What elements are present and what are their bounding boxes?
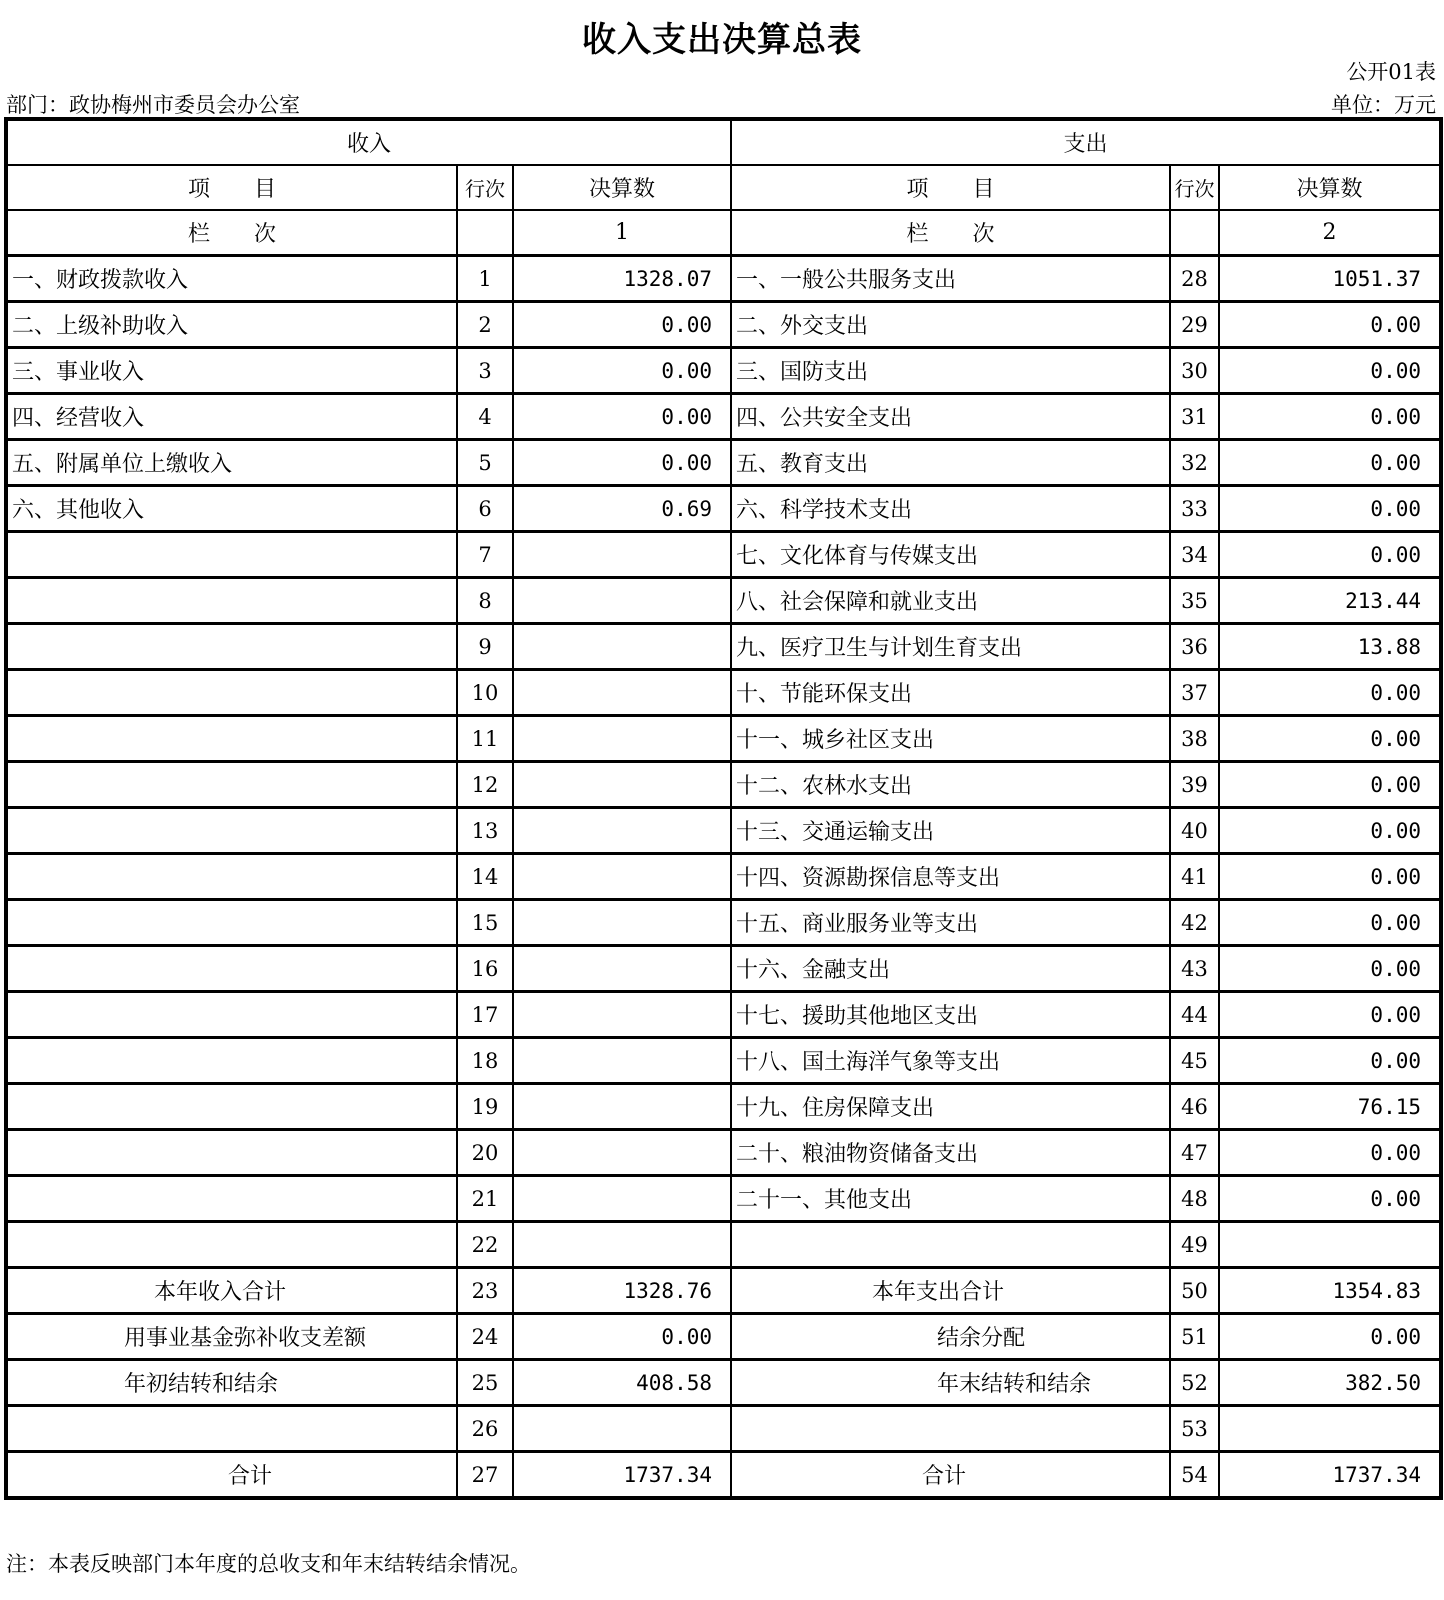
expense-summary-item: 年末结转和结余 bbox=[731, 1360, 1170, 1406]
table-row: 19十九、住房保障支出4676.15 bbox=[6, 1084, 1441, 1130]
expense-item bbox=[731, 1222, 1170, 1268]
income-item-header: 项 目 bbox=[6, 165, 457, 210]
income-column-label: 栏 次 bbox=[6, 210, 457, 256]
table-row: 一、财政拨款收入11328.07一、一般公共服务支出281051.37 bbox=[6, 256, 1441, 302]
expense-amount: 0.00 bbox=[1219, 854, 1441, 900]
table-row: 2249 bbox=[6, 1222, 1441, 1268]
income-item bbox=[6, 1038, 457, 1084]
income-row-number: 25 bbox=[457, 1360, 513, 1406]
expense-column-rowno bbox=[1170, 210, 1219, 256]
income-item bbox=[6, 992, 457, 1038]
expense-item: 十一、城乡社区支出 bbox=[731, 716, 1170, 762]
expense-row-number: 43 bbox=[1170, 946, 1219, 992]
income-amount: 0.00 bbox=[513, 1314, 731, 1360]
income-row-number: 10 bbox=[457, 670, 513, 716]
income-row-number: 19 bbox=[457, 1084, 513, 1130]
income-row-number: 11 bbox=[457, 716, 513, 762]
income-amount bbox=[513, 1084, 731, 1130]
expense-row-number: 30 bbox=[1170, 348, 1219, 394]
income-amount bbox=[513, 1130, 731, 1176]
income-amount-header: 决算数 bbox=[513, 165, 731, 210]
income-amount: 1737.34 bbox=[513, 1452, 731, 1499]
expense-amount: 0.00 bbox=[1219, 1038, 1441, 1084]
expense-item: 四、公共安全支出 bbox=[731, 394, 1170, 440]
expense-amount: 1354.83 bbox=[1219, 1268, 1441, 1314]
expense-amount: 0.00 bbox=[1219, 762, 1441, 808]
table-row: 17十七、援助其他地区支出440.00 bbox=[6, 992, 1441, 1038]
income-item bbox=[6, 532, 457, 578]
expense-summary-item: 结余分配 bbox=[731, 1314, 1170, 1360]
expense-item: 十、节能环保支出 bbox=[731, 670, 1170, 716]
expense-item: 十四、资源勘探信息等支出 bbox=[731, 854, 1170, 900]
table-row: 20二十、粮油物资储备支出470.00 bbox=[6, 1130, 1441, 1176]
income-row-number: 27 bbox=[457, 1452, 513, 1499]
expense-item: 七、文化体育与传媒支出 bbox=[731, 532, 1170, 578]
expense-amount: 0.00 bbox=[1219, 302, 1441, 348]
expense-item: 十八、国土海洋气象等支出 bbox=[731, 1038, 1170, 1084]
table-row: 21二十一、其他支出480.00 bbox=[6, 1176, 1441, 1222]
expense-amount: 0.00 bbox=[1219, 900, 1441, 946]
expense-row-number: 39 bbox=[1170, 762, 1219, 808]
income-amount bbox=[513, 532, 731, 578]
expense-amount: 0.00 bbox=[1219, 394, 1441, 440]
expense-amount: 0.00 bbox=[1219, 1176, 1441, 1222]
expense-item: 十五、商业服务业等支出 bbox=[731, 900, 1170, 946]
expense-row-number: 37 bbox=[1170, 670, 1219, 716]
income-amount: 0.69 bbox=[513, 486, 731, 532]
income-amount: 0.00 bbox=[513, 348, 731, 394]
income-item bbox=[6, 670, 457, 716]
income-item bbox=[6, 854, 457, 900]
expense-amount-header: 决算数 bbox=[1219, 165, 1441, 210]
income-amount bbox=[513, 716, 731, 762]
income-amount bbox=[513, 1038, 731, 1084]
summary-row: 本年收入合计231328.76本年支出合计501354.83 bbox=[6, 1268, 1441, 1314]
income-item bbox=[6, 946, 457, 992]
income-amount: 1328.76 bbox=[513, 1268, 731, 1314]
summary-row: 用事业基金弥补收支差额240.00结余分配510.00 bbox=[6, 1314, 1441, 1360]
income-row-number: 3 bbox=[457, 348, 513, 394]
income-item bbox=[6, 624, 457, 670]
expense-row-number: 49 bbox=[1170, 1222, 1219, 1268]
income-item bbox=[6, 1130, 457, 1176]
expense-item: 二十、粮油物资储备支出 bbox=[731, 1130, 1170, 1176]
table-row: 18十八、国土海洋气象等支出450.00 bbox=[6, 1038, 1441, 1084]
expense-item: 八、社会保障和就业支出 bbox=[731, 578, 1170, 624]
income-row-number: 20 bbox=[457, 1130, 513, 1176]
income-summary-item: 年初结转和结余 bbox=[6, 1360, 457, 1406]
expense-row-number: 53 bbox=[1170, 1406, 1219, 1452]
table-row: 9九、医疗卫生与计划生育支出3613.88 bbox=[6, 624, 1441, 670]
expense-amount bbox=[1219, 1222, 1441, 1268]
expense-item: 十九、住房保障支出 bbox=[731, 1084, 1170, 1130]
income-amount bbox=[513, 900, 731, 946]
income-amount bbox=[513, 578, 731, 624]
income-amount bbox=[513, 624, 731, 670]
expense-row-number: 54 bbox=[1170, 1452, 1219, 1499]
expense-item: 二、外交支出 bbox=[731, 302, 1170, 348]
expense-row-number: 42 bbox=[1170, 900, 1219, 946]
expense-item: 三、国防支出 bbox=[731, 348, 1170, 394]
table-row: 11十一、城乡社区支出380.00 bbox=[6, 716, 1441, 762]
expense-column-index: 2 bbox=[1219, 210, 1441, 256]
expense-amount: 0.00 bbox=[1219, 1130, 1441, 1176]
expense-row-number: 33 bbox=[1170, 486, 1219, 532]
expense-amount: 0.00 bbox=[1219, 348, 1441, 394]
table-row: 二、上级补助收入20.00二、外交支出290.00 bbox=[6, 302, 1441, 348]
expense-item-header: 项 目 bbox=[731, 165, 1170, 210]
income-item: 二、上级补助收入 bbox=[6, 302, 457, 348]
expense-amount: 76.15 bbox=[1219, 1084, 1441, 1130]
income-expense-table: 收入 支出 项 目 行次 决算数 项 目 行次 决算数 栏 次 1 栏 次 2 … bbox=[4, 117, 1443, 1500]
expense-row-number: 32 bbox=[1170, 440, 1219, 486]
expense-row-number: 46 bbox=[1170, 1084, 1219, 1130]
table-row: 五、附属单位上缴收入50.00五、教育支出320.00 bbox=[6, 440, 1441, 486]
income-row-number: 23 bbox=[457, 1268, 513, 1314]
expense-amount: 13.88 bbox=[1219, 624, 1441, 670]
income-column-rowno bbox=[457, 210, 513, 256]
income-item bbox=[6, 1176, 457, 1222]
income-row-number: 18 bbox=[457, 1038, 513, 1084]
expense-item: 二十一、其他支出 bbox=[731, 1176, 1170, 1222]
income-amount bbox=[513, 808, 731, 854]
expense-item: 九、医疗卫生与计划生育支出 bbox=[731, 624, 1170, 670]
column-header-row: 项 目 行次 决算数 项 目 行次 决算数 bbox=[6, 165, 1441, 210]
summary-row: 年初结转和结余25408.58年末结转和结余52382.50 bbox=[6, 1360, 1441, 1406]
income-row-number: 5 bbox=[457, 440, 513, 486]
table-row: 8八、社会保障和就业支出35213.44 bbox=[6, 578, 1441, 624]
expense-amount: 213.44 bbox=[1219, 578, 1441, 624]
expense-summary-item: 合计 bbox=[731, 1452, 1170, 1499]
income-row-number: 2 bbox=[457, 302, 513, 348]
income-amount bbox=[513, 992, 731, 1038]
expense-row-number: 52 bbox=[1170, 1360, 1219, 1406]
expense-item: 六、科学技术支出 bbox=[731, 486, 1170, 532]
expense-amount: 0.00 bbox=[1219, 670, 1441, 716]
table-row: 10十、节能环保支出370.00 bbox=[6, 670, 1441, 716]
income-summary-item: 本年收入合计 bbox=[6, 1268, 457, 1314]
page-title: 收入支出决算总表 bbox=[0, 12, 1444, 61]
income-row-number: 24 bbox=[457, 1314, 513, 1360]
income-item: 一、财政拨款收入 bbox=[6, 256, 457, 302]
income-item: 三、事业收入 bbox=[6, 348, 457, 394]
summary-row: 合计271737.34合计541737.34 bbox=[6, 1452, 1441, 1499]
income-row-number: 22 bbox=[457, 1222, 513, 1268]
expense-row-number: 35 bbox=[1170, 578, 1219, 624]
income-row-number: 1 bbox=[457, 256, 513, 302]
income-amount: 1328.07 bbox=[513, 256, 731, 302]
expense-row-number: 41 bbox=[1170, 854, 1219, 900]
income-summary-item: 用事业基金弥补收支差额 bbox=[6, 1314, 457, 1360]
expense-row-number: 28 bbox=[1170, 256, 1219, 302]
income-amount: 0.00 bbox=[513, 394, 731, 440]
expense-item: 五、教育支出 bbox=[731, 440, 1170, 486]
expense-amount: 0.00 bbox=[1219, 1314, 1441, 1360]
expense-amount: 0.00 bbox=[1219, 808, 1441, 854]
expense-rowno-header: 行次 bbox=[1170, 165, 1219, 210]
income-amount: 408.58 bbox=[513, 1360, 731, 1406]
table-row: 16十六、金融支出430.00 bbox=[6, 946, 1441, 992]
income-row-number: 15 bbox=[457, 900, 513, 946]
income-item: 四、经营收入 bbox=[6, 394, 457, 440]
expense-amount: 0.00 bbox=[1219, 486, 1441, 532]
table-row: 六、其他收入60.69六、科学技术支出330.00 bbox=[6, 486, 1441, 532]
expense-amount: 0.00 bbox=[1219, 440, 1441, 486]
income-amount bbox=[513, 670, 731, 716]
expense-item: 一、一般公共服务支出 bbox=[731, 256, 1170, 302]
table-row: 14十四、资源勘探信息等支出410.00 bbox=[6, 854, 1441, 900]
income-row-number: 17 bbox=[457, 992, 513, 1038]
expense-amount: 0.00 bbox=[1219, 716, 1441, 762]
expense-amount: 0.00 bbox=[1219, 532, 1441, 578]
table-row: 12十二、农林水支出390.00 bbox=[6, 762, 1441, 808]
income-row-number: 21 bbox=[457, 1176, 513, 1222]
expense-row-number: 31 bbox=[1170, 394, 1219, 440]
income-section-header: 收入 bbox=[6, 119, 731, 165]
expense-row-number: 48 bbox=[1170, 1176, 1219, 1222]
table-row: 7七、文化体育与传媒支出340.00 bbox=[6, 532, 1441, 578]
income-amount bbox=[513, 1222, 731, 1268]
income-row-number: 6 bbox=[457, 486, 513, 532]
column-index-row: 栏 次 1 栏 次 2 bbox=[6, 210, 1441, 256]
table-row: 15十五、商业服务业等支出420.00 bbox=[6, 900, 1441, 946]
income-row-number: 9 bbox=[457, 624, 513, 670]
expense-row-number: 36 bbox=[1170, 624, 1219, 670]
income-rowno-header: 行次 bbox=[457, 165, 513, 210]
income-row-number: 7 bbox=[457, 532, 513, 578]
income-item: 五、附属单位上缴收入 bbox=[6, 440, 457, 486]
expense-item: 十七、援助其他地区支出 bbox=[731, 992, 1170, 1038]
table-row: 三、事业收入30.00三、国防支出300.00 bbox=[6, 348, 1441, 394]
income-row-number: 4 bbox=[457, 394, 513, 440]
expense-amount: 0.00 bbox=[1219, 992, 1441, 1038]
table-row: 13十三、交通运输支出400.00 bbox=[6, 808, 1441, 854]
expense-amount: 0.00 bbox=[1219, 946, 1441, 992]
income-summary-item: 合计 bbox=[6, 1452, 457, 1499]
income-amount bbox=[513, 946, 731, 992]
income-summary-item bbox=[6, 1406, 457, 1452]
expense-row-number: 50 bbox=[1170, 1268, 1219, 1314]
income-amount bbox=[513, 854, 731, 900]
expense-item: 十六、金融支出 bbox=[731, 946, 1170, 992]
expense-row-number: 51 bbox=[1170, 1314, 1219, 1360]
income-amount: 0.00 bbox=[513, 440, 731, 486]
expense-summary-item: 本年支出合计 bbox=[731, 1268, 1170, 1314]
expense-row-number: 45 bbox=[1170, 1038, 1219, 1084]
income-column-index: 1 bbox=[513, 210, 731, 256]
expense-amount: 1737.34 bbox=[1219, 1452, 1441, 1499]
form-code: 公开01表 bbox=[1346, 56, 1436, 86]
expense-row-number: 44 bbox=[1170, 992, 1219, 1038]
footnote: 注：本表反映部门本年度的总收支和年末结转结余情况。 bbox=[6, 1548, 531, 1578]
income-item bbox=[6, 900, 457, 946]
expense-row-number: 47 bbox=[1170, 1130, 1219, 1176]
expense-row-number: 34 bbox=[1170, 532, 1219, 578]
income-row-number: 14 bbox=[457, 854, 513, 900]
summary-row: 2653 bbox=[6, 1406, 1441, 1452]
expense-section-header: 支出 bbox=[731, 119, 1441, 165]
expense-row-number: 29 bbox=[1170, 302, 1219, 348]
income-amount bbox=[513, 762, 731, 808]
income-row-number: 12 bbox=[457, 762, 513, 808]
expense-row-number: 38 bbox=[1170, 716, 1219, 762]
expense-row-number: 40 bbox=[1170, 808, 1219, 854]
income-item: 六、其他收入 bbox=[6, 486, 457, 532]
expense-item: 十二、农林水支出 bbox=[731, 762, 1170, 808]
income-item bbox=[6, 1222, 457, 1268]
unit-label: 单位：万元 bbox=[1331, 89, 1436, 119]
expense-amount bbox=[1219, 1406, 1441, 1452]
income-item bbox=[6, 762, 457, 808]
income-item bbox=[6, 578, 457, 624]
expense-amount: 382.50 bbox=[1219, 1360, 1441, 1406]
expense-summary-item bbox=[731, 1406, 1170, 1452]
income-amount: 0.00 bbox=[513, 302, 731, 348]
expense-amount: 1051.37 bbox=[1219, 256, 1441, 302]
department-label: 部门：政协梅州市委员会办公室 bbox=[6, 89, 300, 119]
section-header-row: 收入 支出 bbox=[6, 119, 1441, 165]
expense-column-label: 栏 次 bbox=[731, 210, 1170, 256]
income-amount bbox=[513, 1406, 731, 1452]
income-item bbox=[6, 808, 457, 854]
income-item bbox=[6, 716, 457, 762]
income-item bbox=[6, 1084, 457, 1130]
expense-item: 十三、交通运输支出 bbox=[731, 808, 1170, 854]
income-amount bbox=[513, 1176, 731, 1222]
income-row-number: 13 bbox=[457, 808, 513, 854]
income-row-number: 26 bbox=[457, 1406, 513, 1452]
income-row-number: 8 bbox=[457, 578, 513, 624]
table-row: 四、经营收入40.00四、公共安全支出310.00 bbox=[6, 394, 1441, 440]
income-row-number: 16 bbox=[457, 946, 513, 992]
